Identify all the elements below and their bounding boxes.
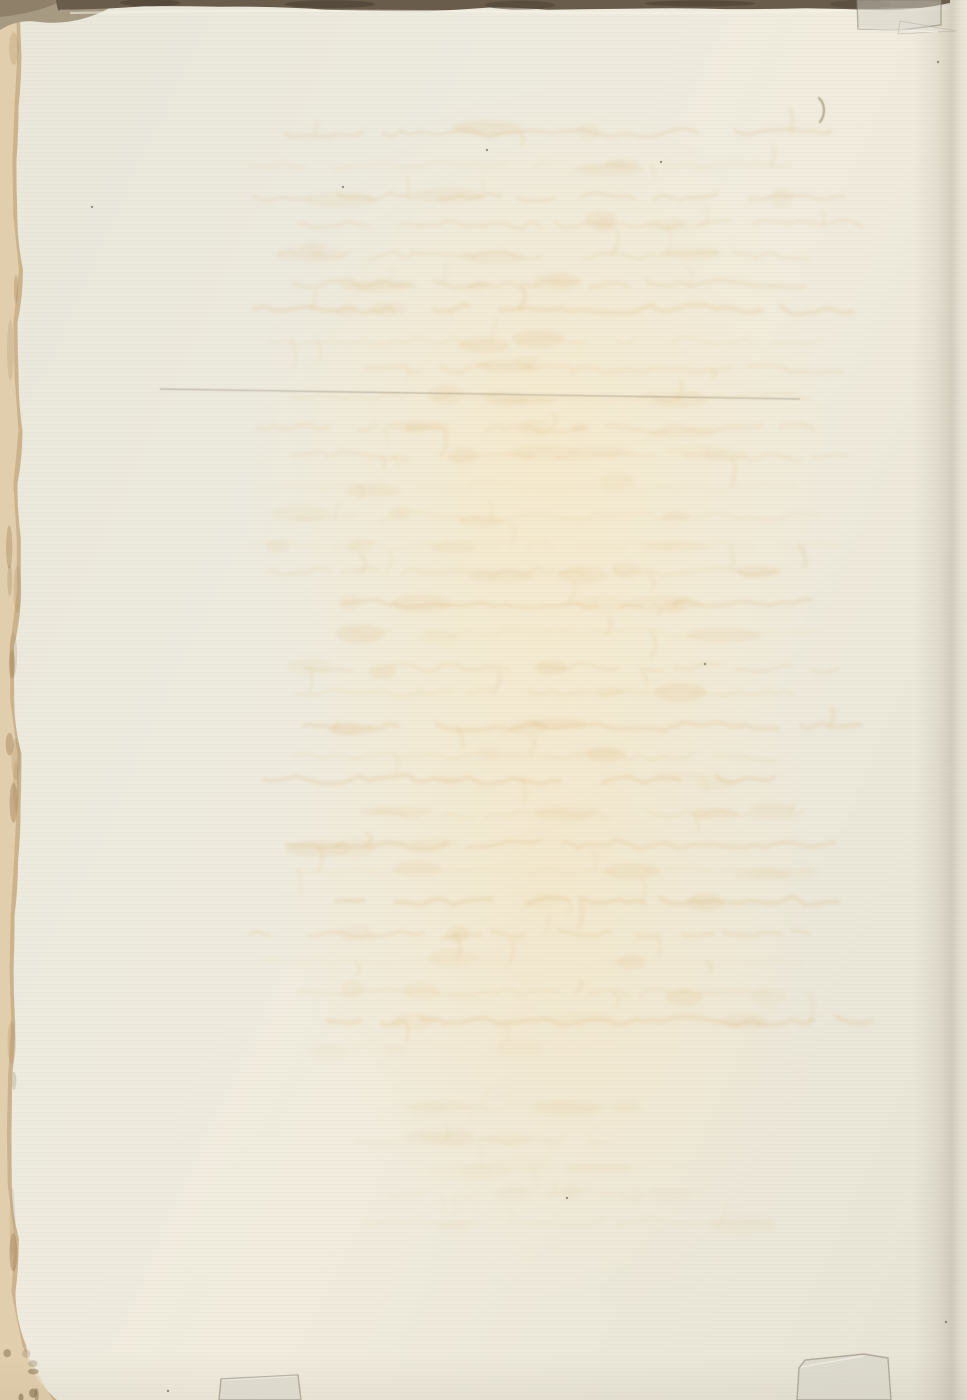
- manuscript-page: [0, 0, 967, 1400]
- manuscript-photo: [0, 0, 967, 1400]
